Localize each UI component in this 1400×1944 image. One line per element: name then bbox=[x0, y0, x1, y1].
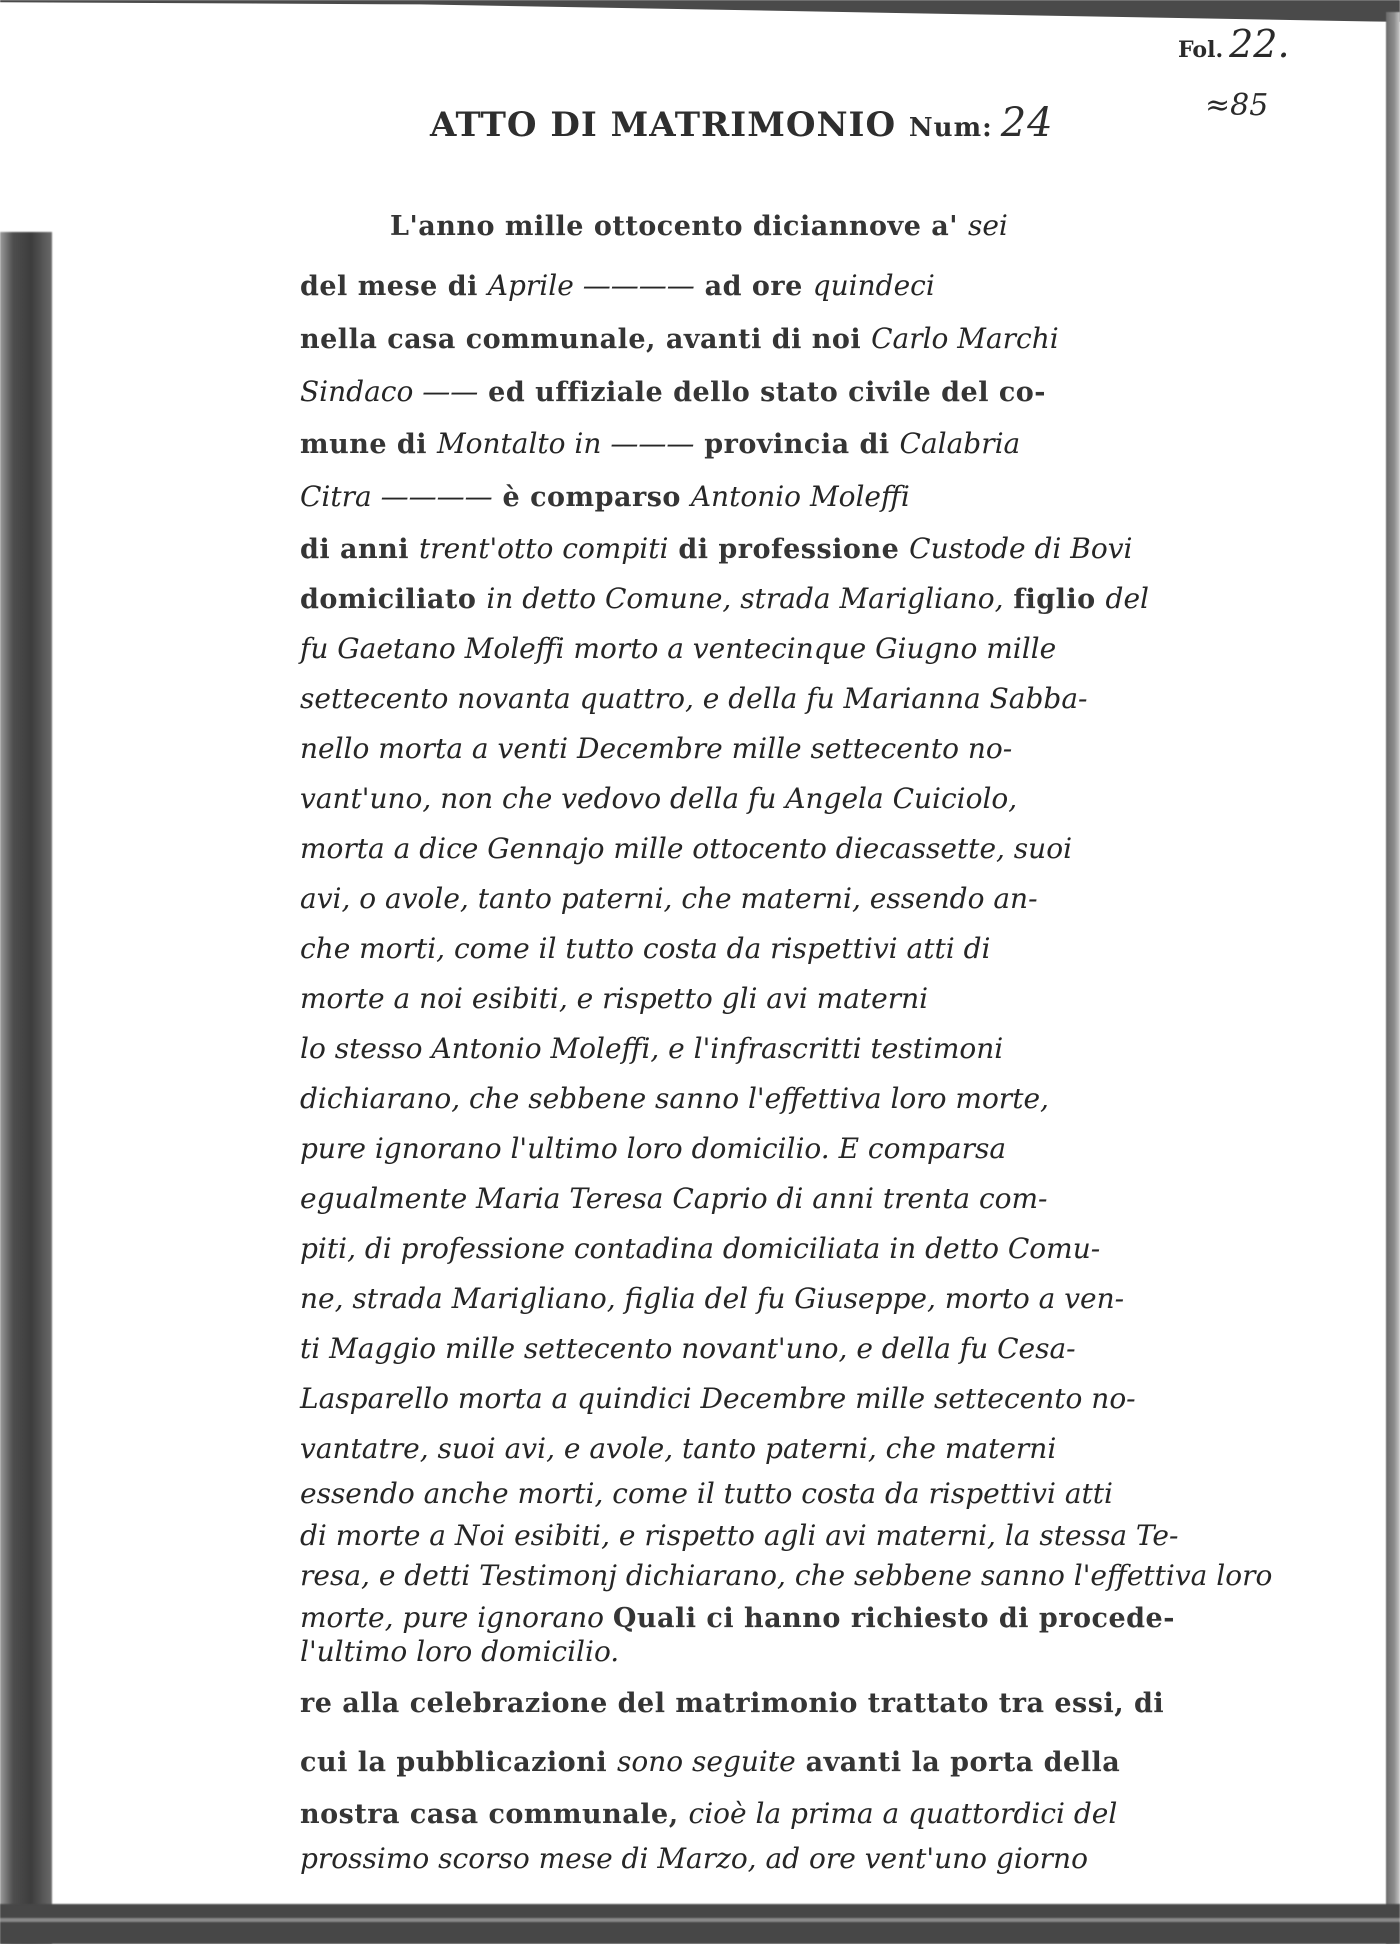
handwritten-text: quindeci bbox=[813, 269, 935, 302]
handwritten-text: vant'uno, non che vedovo della fu Angela… bbox=[300, 782, 1017, 815]
text-line: piti, di professione contadina domicilia… bbox=[300, 1235, 1240, 1263]
text-line: di anni trent'otto compiti di profession… bbox=[300, 535, 1240, 563]
text-line: resa, e detti Testimonj dichiarano, che … bbox=[300, 1562, 1240, 1590]
handwritten-text: Calabria bbox=[900, 427, 1021, 460]
handwritten-text: cioè la prima a quattordici del bbox=[689, 1797, 1118, 1830]
printed-text: nella casa communale, avanti di noi bbox=[300, 324, 871, 355]
handwritten-text: Custode di Bovi bbox=[909, 532, 1132, 565]
handwritten-text: egualmente Maria Teresa Caprio di anni t… bbox=[300, 1182, 1048, 1215]
handwritten-text: dichiarano, che sebbene sanno l'effettiv… bbox=[300, 1082, 1049, 1115]
handwritten-text: lo stesso Antonio Moleffi, e l'infrascri… bbox=[300, 1032, 1003, 1065]
text-line: ne, strada Marigliano, figlia del fu Giu… bbox=[300, 1285, 1240, 1313]
handwritten-text: morte, pure ignorano bbox=[300, 1601, 613, 1634]
text-line: avi, o avole, tanto paterni, che materni… bbox=[300, 885, 1240, 913]
handwritten-text: trent'otto compiti bbox=[419, 532, 668, 565]
text-line: egualmente Maria Teresa Caprio di anni t… bbox=[300, 1185, 1240, 1213]
printed-text: cui la pubblicazioni bbox=[300, 1747, 617, 1778]
text-line: morta a dice Gennajo mille ottocento die… bbox=[300, 835, 1240, 863]
text-line: vantatre, suoi avi, e avole, tanto pater… bbox=[300, 1435, 1240, 1463]
text-line: che morti, come il tutto costa da rispet… bbox=[300, 935, 1240, 963]
printed-text: di professione bbox=[668, 534, 909, 565]
handwritten-text: che morti, come il tutto costa da rispet… bbox=[300, 932, 990, 965]
text-line: vant'uno, non che vedovo della fu Angela… bbox=[300, 785, 1240, 813]
text-line: fu Gaetano Moleffi morto a ventecinque G… bbox=[300, 635, 1240, 663]
text-line: cui la pubblicazioni sono seguite avanti… bbox=[300, 1748, 1240, 1776]
handwritten-text: prossimo scorso mese di Marzo, ad ore ve… bbox=[300, 1842, 1088, 1875]
handwritten-text: l'ultimo loro domicilio. bbox=[300, 1635, 619, 1668]
printed-text: Quali ci hanno richiesto di procede- bbox=[613, 1603, 1175, 1634]
handwritten-text: del bbox=[1106, 582, 1149, 615]
printed-text: re alla celebrazione del matrimonio trat… bbox=[300, 1688, 1164, 1719]
text-line: morte, pure ignorano Quali ci hanno rich… bbox=[300, 1604, 1240, 1632]
text-line: L'anno mille ottocento diciannove a' sei bbox=[390, 212, 1330, 240]
printed-text: del mese di bbox=[300, 271, 488, 302]
printed-text: nostra casa communale, bbox=[300, 1799, 689, 1830]
handwritten-text: avi, o avole, tanto paterni, che materni… bbox=[300, 882, 1038, 915]
text-line: lo stesso Antonio Moleffi, e l'infrascri… bbox=[300, 1035, 1240, 1063]
text-line: di morte a Noi esibiti, e rispetto agli … bbox=[300, 1522, 1240, 1550]
text-line: prossimo scorso mese di Marzo, ad ore ve… bbox=[300, 1845, 1240, 1873]
printed-text: di anni bbox=[300, 534, 419, 565]
text-line: pure ignorano l'ultimo loro domicilio. E… bbox=[300, 1135, 1240, 1163]
handwritten-text: piti, di professione contadina domicilia… bbox=[300, 1232, 1100, 1265]
text-line: nella casa communale, avanti di noi Carl… bbox=[300, 325, 1240, 353]
handwritten-text: morte a noi esibiti, e rispetto gli avi … bbox=[300, 982, 928, 1015]
printed-text: provincia di bbox=[694, 429, 899, 460]
text-line: domiciliato in detto Comune, strada Mari… bbox=[300, 585, 1240, 613]
handwritten-text: essendo anche morti, come il tutto costa… bbox=[300, 1477, 1113, 1510]
handwritten-text: Sindaco —— bbox=[300, 375, 478, 408]
text-line: Sindaco —— ed uffiziale dello stato civi… bbox=[300, 378, 1240, 406]
handwritten-text: sono seguite bbox=[617, 1745, 796, 1778]
handwritten-text: Montalto in ——— bbox=[437, 427, 694, 460]
text-line: mune di Montalto in ——— provincia di Cal… bbox=[300, 430, 1240, 458]
printed-text: ad ore bbox=[695, 271, 813, 302]
handwritten-text: Lasparello morta a quindici Decembre mil… bbox=[300, 1382, 1136, 1415]
text-line: nello morta a venti Decembre mille sette… bbox=[300, 735, 1240, 763]
handwritten-text: vantatre, suoi avi, e avole, tanto pater… bbox=[300, 1432, 1056, 1465]
printed-text: ed uffiziale dello stato civile del co- bbox=[478, 377, 1046, 408]
handwritten-text: Aprile ———— bbox=[488, 269, 695, 302]
text-line: re alla celebrazione del matrimonio trat… bbox=[300, 1690, 1240, 1717]
handwritten-text: nello morta a venti Decembre mille sette… bbox=[300, 732, 1012, 765]
text-line: morte a noi esibiti, e rispetto gli avi … bbox=[300, 985, 1240, 1013]
handwritten-text: pure ignorano l'ultimo loro domicilio. E… bbox=[300, 1132, 1006, 1165]
handwritten-text: resa, e detti Testimonj dichiarano, che … bbox=[300, 1559, 1272, 1592]
printed-text: L'anno mille ottocento diciannove a' bbox=[390, 211, 968, 242]
text-line: ti Maggio mille settecento novant'uno, e… bbox=[300, 1335, 1240, 1363]
printed-text: mune di bbox=[300, 429, 437, 460]
handwritten-text: di morte a Noi esibiti, e rispetto agli … bbox=[300, 1519, 1178, 1552]
printed-text: è comparso bbox=[493, 482, 691, 513]
text-line: l'ultimo loro domicilio. bbox=[300, 1638, 1240, 1666]
handwritten-text: in detto Comune, strada Marigliano, bbox=[486, 582, 1003, 615]
text-line: dichiarano, che sebbene sanno l'effettiv… bbox=[300, 1085, 1240, 1113]
handwritten-text: morta a dice Gennajo mille ottocento die… bbox=[300, 832, 1072, 865]
printed-text: avanti la porta della bbox=[796, 1747, 1121, 1778]
text-line: del mese di Aprile ———— ad ore quindeci bbox=[300, 272, 1240, 300]
document-body: L'anno mille ottocento diciannove a' sei… bbox=[0, 0, 1400, 1944]
handwritten-text: settecento novanta quattro, e della fu M… bbox=[300, 682, 1088, 715]
handwritten-text: Carlo Marchi bbox=[871, 322, 1059, 355]
text-line: Lasparello morta a quindici Decembre mil… bbox=[300, 1385, 1240, 1413]
text-line: settecento novanta quattro, e della fu M… bbox=[300, 685, 1240, 713]
handwritten-text: ne, strada Marigliano, figlia del fu Giu… bbox=[300, 1282, 1124, 1315]
handwritten-text: Antonio Moleffi bbox=[691, 480, 910, 513]
text-line: Citra ———— è comparso Antonio Moleffi bbox=[300, 483, 1240, 511]
handwritten-text: fu Gaetano Moleffi morto a ventecinque G… bbox=[300, 632, 1056, 665]
handwritten-text: ti Maggio mille settecento novant'uno, e… bbox=[300, 1332, 1076, 1365]
printed-text: figlio bbox=[1003, 584, 1105, 615]
printed-text: domiciliato bbox=[300, 584, 486, 615]
text-line: nostra casa communale, cioè la prima a q… bbox=[300, 1800, 1240, 1828]
text-line: essendo anche morti, come il tutto costa… bbox=[300, 1480, 1240, 1508]
handwritten-text: sei bbox=[968, 209, 1008, 242]
handwritten-text: Citra ———— bbox=[300, 480, 493, 513]
